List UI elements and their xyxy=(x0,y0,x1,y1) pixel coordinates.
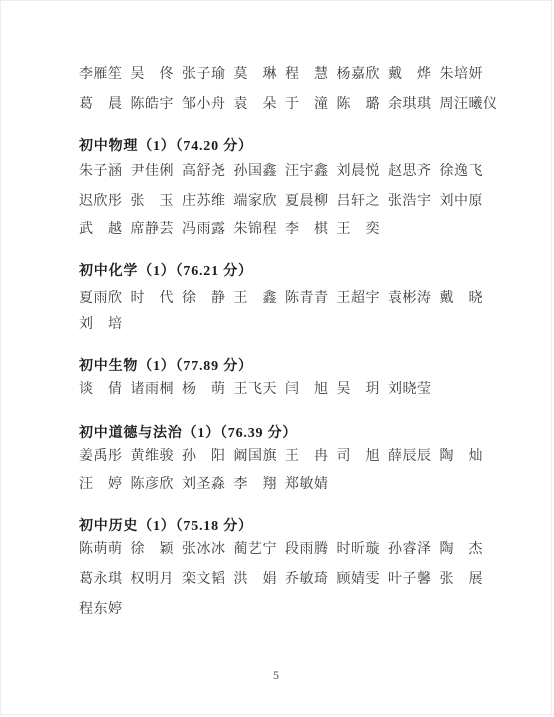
section-header-morality-law: 初中道德与法治（1）（76.39 分） xyxy=(79,426,491,441)
section-header-biology: 初中生物（1）（77.89 分） xyxy=(79,359,491,374)
section-header-history: 初中历史（1）（75.18 分） xyxy=(79,519,491,534)
section-header-chemistry: 初中化学（1）（76.21 分） xyxy=(79,264,491,279)
name-line: 葛永琪 权明月 栾文韬 洪 娟 乔敏琦 顾婧雯 叶子馨 张 展 xyxy=(79,572,491,587)
name-line: 夏雨欣 时 代 徐 静 王 鑫 陈青青 王超宇 袁彬涛 戴 晓 xyxy=(79,291,491,306)
name-line: 武 越 席静芸 冯雨露 朱锦程 李 棋 王 奕 xyxy=(79,222,491,237)
section-header-physics: 初中物理（1）（74.20 分） xyxy=(79,139,491,154)
name-line: 刘 培 xyxy=(79,317,491,332)
name-line: 汪 婷 陈彦欣 刘圣淼 李 翔 郑敏婧 xyxy=(79,477,491,492)
name-line: 李雁笙 吴 佟 张子瑜 莫 琳 程 慧 杨嘉欣 戴 烨 朱培妍 xyxy=(79,67,491,82)
document-page: 李雁笙 吴 佟 张子瑜 莫 琳 程 慧 杨嘉欣 戴 烨 朱培妍 葛 晨 陈皓宇 … xyxy=(0,0,552,715)
name-line: 姜禹彤 黄维骏 孙 阳 阚国旗 王 冉 司 旭 薛辰辰 陶 灿 xyxy=(79,449,491,464)
name-line: 谈 倩 诸雨桐 杨 萌 王飞天 闫 旭 吴 玥 刘晓莹 xyxy=(79,382,491,397)
name-line: 陈萌萌 徐 颖 张冰冰 蔺艺宁 段雨腾 时昕璇 孙睿泽 陶 杰 xyxy=(79,542,491,557)
name-line: 迟欣彤 张 玉 庄苏维 端家欣 夏晨柳 吕轩之 张浩宇 刘中原 xyxy=(79,194,491,209)
name-line: 葛 晨 陈皓宇 邹小舟 袁 朵 于 潼 陈 璐 余琪琪 周汪曦仪 xyxy=(79,97,491,112)
name-line: 程东婷 xyxy=(79,602,491,617)
name-line: 朱子涵 尹佳俐 高舒尧 孙国鑫 汪宇鑫 刘晨悦 赵思齐 徐逸飞 xyxy=(79,164,491,179)
page-number: 5 xyxy=(1,669,551,682)
